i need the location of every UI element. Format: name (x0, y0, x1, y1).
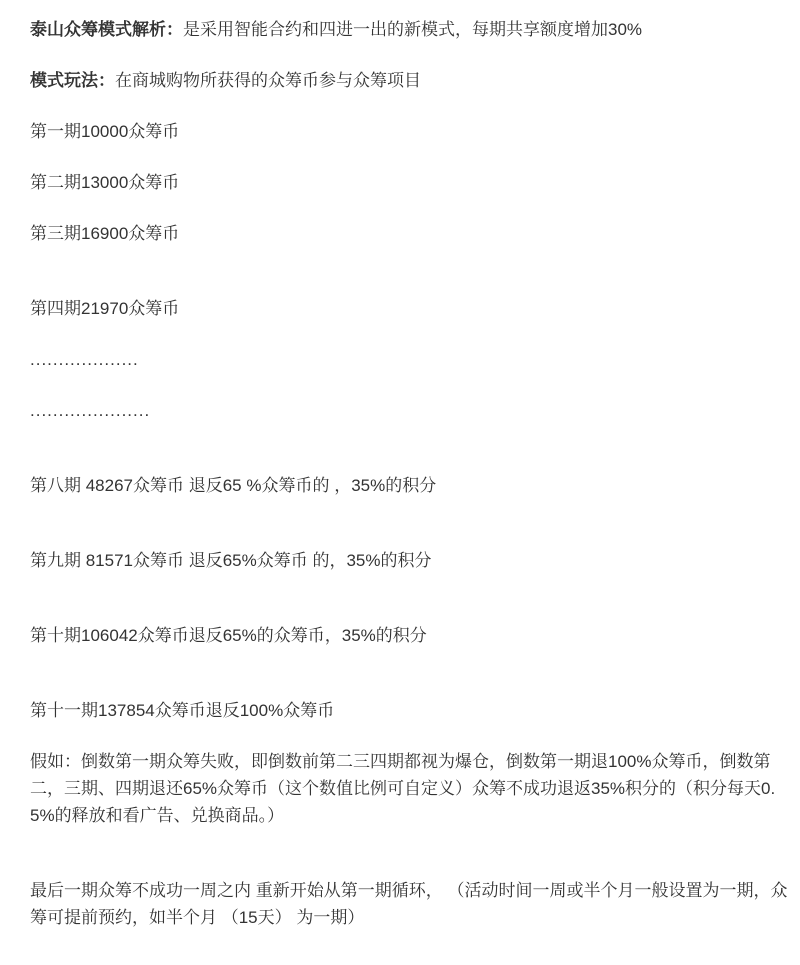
failure-note-paragraph: 假如：倒数第一期众筹失败，即倒数前第二三四期都视为爆仓，倒数第一期退100%众筹… (30, 748, 790, 829)
play-paragraph: 模式玩法：在商城购物所获得的众筹币参与众筹项目 (30, 67, 790, 94)
phase-9-line: 第九期 81571众筹币 退反65%众筹币 的，35%的积分 (30, 547, 790, 574)
phase-2-line: 第二期13000众筹币 (30, 169, 790, 196)
intro-paragraph: 泰山众筹模式解析：是采用智能合约和四进一出的新模式，每期共享额度增加30% (30, 16, 790, 43)
phase-11-line: 第十一期137854众筹币退反100%众筹币 (30, 697, 790, 724)
article-body: 泰山众筹模式解析：是采用智能合约和四进一出的新模式，每期共享额度增加30% 模式… (0, 0, 800, 965)
phase-10-line: 第十期106042众筹币退反65%的众筹币，35%的积分 (30, 622, 790, 649)
intro-text: 是采用智能合约和四进一出的新模式，每期共享额度增加30% (183, 20, 642, 39)
intro-label: 泰山众筹模式解析： (30, 20, 183, 39)
play-text: 在商城购物所获得的众筹币参与众筹项目 (115, 71, 421, 90)
phase-1-line: 第一期10000众筹币 (30, 118, 790, 145)
ellipsis-row-1: ................... (30, 346, 790, 373)
restart-note-paragraph: 最后一期众筹不成功一周之内 重新开始从第一期循环， （活动时间一周或半个月一般设… (30, 877, 790, 931)
phase-4-line: 第四期21970众筹币 (30, 295, 790, 322)
ellipsis-row-2: ..................... (30, 397, 790, 424)
phase-3-line: 第三期16900众筹币 (30, 220, 790, 247)
phase-8-line: 第八期 48267众筹币 退反65 %众筹币的 ，35%的积分 (30, 472, 790, 499)
play-label: 模式玩法： (30, 71, 115, 90)
